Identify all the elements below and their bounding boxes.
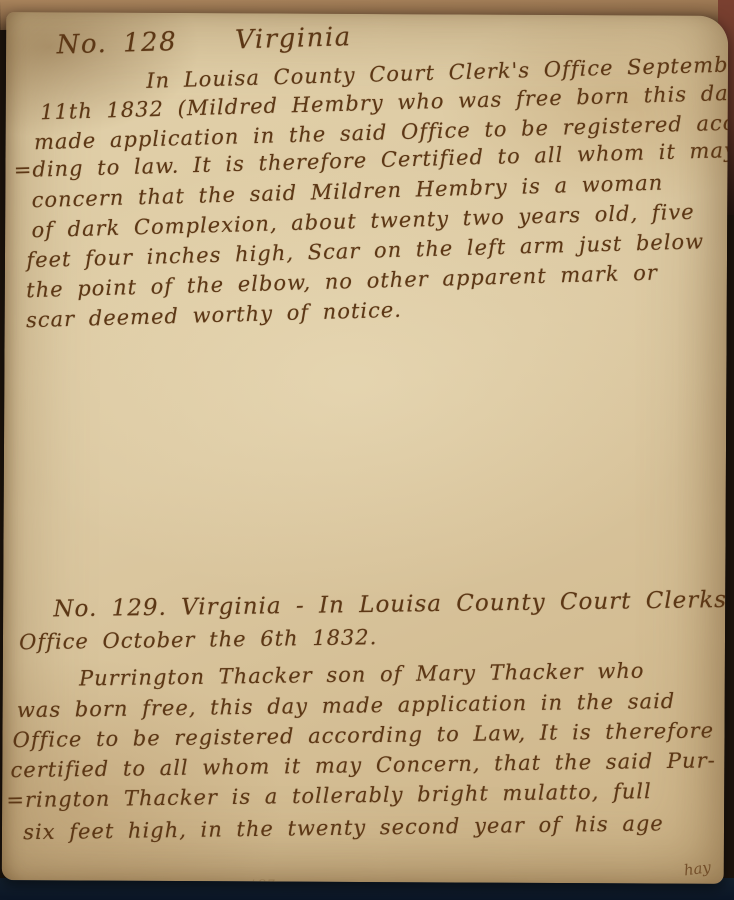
- manuscript-line: Office to be registered according to Law…: [13, 718, 715, 752]
- entry-128-number: No. 128: [56, 27, 177, 60]
- manuscript-line: scar deemed worthy of notice.: [26, 298, 402, 332]
- entry-128-state: Virginia: [235, 22, 352, 55]
- manuscript-line: six feet high, in the twenty second year…: [23, 811, 664, 844]
- manuscript-page: No. 128Virginia In Louisa County Court C…: [2, 12, 729, 884]
- manuscript-line: =rington Thacker is a tollerably bright …: [6, 779, 652, 812]
- manuscript-line: Purrington Thacker son of Mary Thacker w…: [79, 659, 645, 691]
- photo-canvas: No. 128Virginia In Louisa County Court C…: [0, 0, 734, 900]
- manuscript-line: certified to all whom it may Concern, th…: [10, 748, 716, 782]
- entry-128-heading: No. 128Virginia: [56, 22, 352, 60]
- entry-129-heading: No. 129. Virginia - In Louisa County Cou…: [53, 587, 727, 622]
- manuscript-line: was born free, this day made application…: [17, 689, 676, 722]
- clerk-initials: hay: [683, 858, 712, 879]
- manuscript-line: Office October the 6th 1832.: [19, 625, 377, 654]
